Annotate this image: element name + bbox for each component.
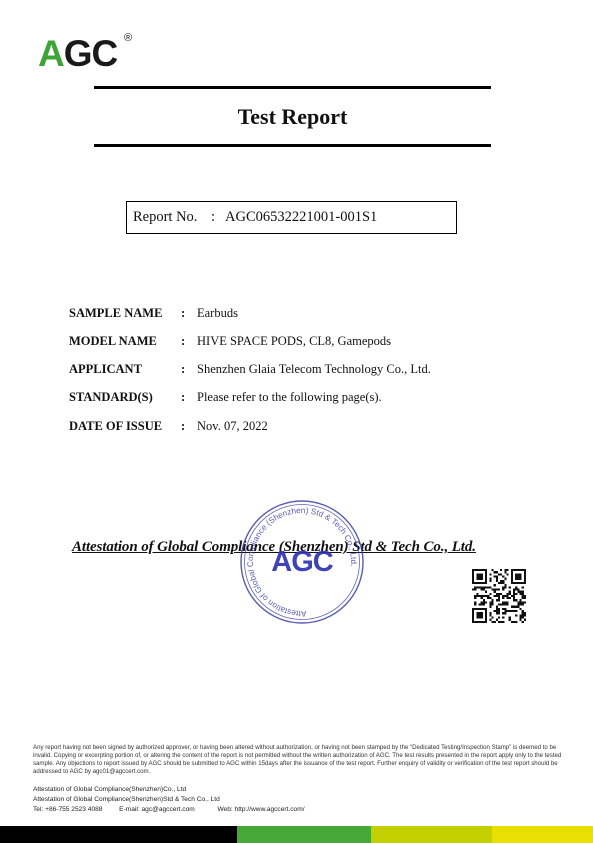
stamp-center-text: AGC xyxy=(271,546,334,578)
detail-label: DATE OF ISSUE xyxy=(69,419,162,434)
report-number-box: Report No. : AGC06532221001-001S1 xyxy=(126,201,457,234)
agc-logo: AGC ® xyxy=(38,34,138,74)
detail-value: Earbuds xyxy=(197,306,238,321)
color-bar-segment-black xyxy=(0,826,237,843)
footer-email[interactable]: E-mail: agc@agccert.com xyxy=(119,806,195,813)
detail-label: MODEL NAME xyxy=(69,334,157,349)
footer-web[interactable]: Web: http://www.agccert.com/ xyxy=(217,806,304,813)
report-number-value: AGC06532221001-001S1 xyxy=(225,209,377,226)
detail-value: Shenzhen Glaia Telecom Technology Co., L… xyxy=(197,362,431,377)
detail-value: HIVE SPACE PODS, CL8, Gamepods xyxy=(197,334,391,349)
detail-separator: : xyxy=(181,390,185,405)
detail-value: Nov. 07, 2022 xyxy=(197,419,268,434)
color-bar-segment-green xyxy=(237,826,371,843)
detail-separator: : xyxy=(181,419,185,434)
detail-separator: : xyxy=(181,362,185,377)
detail-separator: : xyxy=(181,334,185,349)
detail-value: Please refer to the following page(s). xyxy=(197,390,382,405)
title-bottom-rule xyxy=(94,144,491,147)
footer-contact-row: Tel: +86-755 2523 4088 E-mail: agc@agcce… xyxy=(33,806,305,813)
footer-company-line-2: Attestation of Global Compliance(Shenzhe… xyxy=(33,796,220,803)
report-number-label: Report No. xyxy=(133,209,197,226)
detail-label: STANDARD(S) xyxy=(69,390,153,405)
title-top-rule xyxy=(94,86,491,89)
company-seal-stamp: Attestation of Global Compliance (Shenzh… xyxy=(239,499,365,625)
footer-company-line-1: Attestation of Global Compliance(Shenzhe… xyxy=(33,786,186,793)
legal-disclaimer: Any report having not been signed by aut… xyxy=(33,744,563,776)
detail-label: SAMPLE NAME xyxy=(69,306,162,321)
seal-icon: Attestation of Global Compliance (Shenzh… xyxy=(239,499,365,625)
detail-label: APPLICANT xyxy=(69,362,142,377)
report-number-separator: : xyxy=(211,209,215,226)
page-title: Test Report xyxy=(94,104,491,130)
registered-mark: ® xyxy=(124,32,132,44)
logo-wordmark: AGC xyxy=(38,34,117,74)
detail-separator: : xyxy=(181,306,185,321)
color-bar-segment-yellow xyxy=(492,826,593,843)
logo-letter-a: A xyxy=(38,33,64,74)
qr-code[interactable] xyxy=(472,569,526,623)
qr-code-icon xyxy=(472,569,526,623)
color-bar-segment-lime xyxy=(371,826,492,843)
logo-letters-gc: GC xyxy=(64,33,118,74)
footer-tel: Tel: +86-755 2523 4088 xyxy=(33,806,102,813)
